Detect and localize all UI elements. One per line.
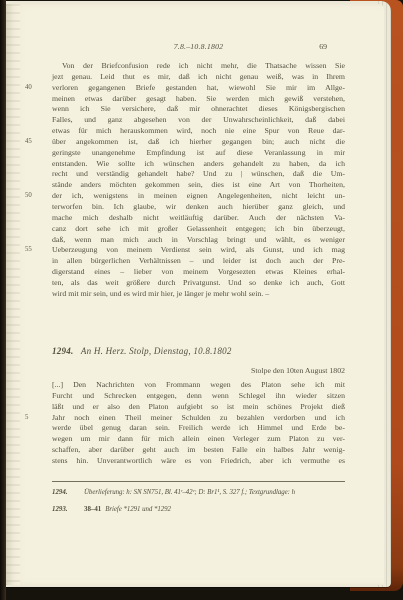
book-photograph: 7.8.–10.8.1802 69 Von der Briefconfusion… <box>0 0 403 600</box>
text-line: in allen bürgerlichen Verhältnissen – un… <box>52 256 345 267</box>
margin-line-number: 40 <box>25 83 46 94</box>
line-text: in allen bürgerlichen Verhältnissen – un… <box>52 256 345 265</box>
text-line: mache mich deshalb nicht weitläuftig dar… <box>52 213 345 224</box>
line-text: der ich, wenigstens in meinen eignen Ang… <box>52 191 345 200</box>
text-line: recht und verständig gehandelt habe? Und… <box>52 169 345 180</box>
line-text: terworfen bin. Ich glaube, wir denken au… <box>52 202 345 211</box>
footnote-text: Briefe *1291 und *1292 <box>105 505 171 515</box>
footnote-text: Überlieferung: h: SN SN751, Bl. 41ʳ–42ᵛ;… <box>84 488 295 498</box>
letter-title: An H. Herz. Stolp, Dienstag, 10.8.1802 <box>81 346 232 356</box>
line-text: recht und verständig gehandelt habe? Und… <box>52 169 345 178</box>
text-line: werde übel genug daran sein. Freilich we… <box>52 423 345 434</box>
text-line: stens hin. Unverantwortlich wäre es von … <box>52 456 345 467</box>
text-line: jezt genau. Leid thut es mir, daß ich ni… <box>52 72 345 83</box>
line-text: wegen um mir dann für mich allein einen … <box>52 434 345 443</box>
line-text: wenn ich Sie versichere, daß mir ohnerac… <box>52 104 345 113</box>
line-text: Von der Briefconfusion rede ich nicht me… <box>52 61 345 70</box>
line-text: schaffen, aber darüber geht auch im best… <box>52 445 345 454</box>
footnote-row: 1293. 38–41 Briefe *1291 und *1292 <box>52 505 345 515</box>
text-line: 5 Jahr noch einen Theil meiner Schulden … <box>52 413 345 424</box>
margin-line-number: 5 <box>25 413 46 424</box>
letter-1294-body: [...] Den Nachrichten von Frommann wegen… <box>52 380 345 467</box>
line-text: Ueberzeugung von meinem Verdienst sein w… <box>52 245 345 254</box>
text-line: wird mit mir sein, und es wird mir hier,… <box>52 289 345 300</box>
text-line: digerstand eines – lieber von meinem Vor… <box>52 267 345 278</box>
letter-dateline: Stolpe den 10ten August 1802 <box>52 366 345 377</box>
text-column: 7.8.–10.8.1802 69 Von der Briefconfusion… <box>52 0 345 600</box>
line-text: entstanden. Wie sollte ich wünschen ande… <box>52 159 345 168</box>
text-line: Von der Briefconfusion rede ich nicht me… <box>52 61 345 72</box>
text-line: etwas für mich herauskommen wird, noch n… <box>52 126 345 137</box>
text-line: wegen um mir dann für mich allein einen … <box>52 434 345 445</box>
margin-line-number: 55 <box>25 245 46 256</box>
text-line: ten, als das weit größere durch Privatgu… <box>52 278 345 289</box>
line-text: [...] Den Nachrichten von Frommann wegen… <box>52 380 345 389</box>
text-line: daß, wenn man mich auch in Vorschlag bri… <box>52 235 345 246</box>
letter-heading: 1294. An H. Herz. Stolp, Dienstag, 10.8.… <box>52 346 345 357</box>
footnote-row: 1294. Überlieferung: h: SN SN751, Bl. 41… <box>52 488 345 498</box>
line-text: stens hin. Unverantwortlich wäre es von … <box>52 456 345 465</box>
text-line: läßt und er also den Platon aufgiebt so … <box>52 402 345 413</box>
footnote-lemma: 38–41 <box>84 505 101 515</box>
letter-number: 1294. <box>52 346 74 356</box>
line-text: werde übel genug daran sein. Freilich we… <box>52 423 345 432</box>
line-text: etwas für mich herauskommen wird, noch n… <box>52 126 345 135</box>
line-text: geringste unangenehme Empfindung ist auf… <box>52 148 345 157</box>
line-text: wird mit mir sein, und es wird mir hier,… <box>52 289 269 298</box>
text-line: terworfen bin. Ich glaube, wir denken au… <box>52 202 345 213</box>
letter-1293-body: Von der Briefconfusion rede ich nicht me… <box>52 61 345 300</box>
line-text: Jahr noch einen Theil meiner Schulden zu… <box>52 413 345 422</box>
footnote-label: 1293. <box>52 505 84 515</box>
text-line: canz dort sehe ich mit großer Gelassenhe… <box>52 224 345 235</box>
text-line: schaffen, aber darüber geht auch im best… <box>52 445 345 456</box>
margin-line-number: 50 <box>25 191 46 202</box>
line-text: ten, als das weit größere durch Privatgu… <box>52 278 345 287</box>
text-line: entstanden. Wie sollte ich wünschen ande… <box>52 159 345 170</box>
text-line: 55 Ueberzeugung von meinem Verdienst sei… <box>52 245 345 256</box>
line-text: jezt genau. Leid thut es mir, daß ich ni… <box>52 72 345 81</box>
line-text: canz dort sehe ich mit großer Gelassenhe… <box>52 224 345 233</box>
text-line: 40 verloren gegangenen Briefe gestanden … <box>52 83 345 94</box>
text-line: [...] Den Nachrichten von Frommann wegen… <box>52 380 345 391</box>
text-line: stände anders möchten gekommen sein, die… <box>52 180 345 191</box>
line-text: meinen etwas darüber gesagt haben. Sie w… <box>52 94 345 103</box>
line-text: Falles, und ganz abgesehen von der Unwah… <box>52 115 345 124</box>
footnotes: 1294. Überlieferung: h: SN SN751, Bl. 41… <box>52 488 345 521</box>
line-text: verloren gegangenen Briefe gestanden hat… <box>52 83 345 92</box>
line-text: läßt und er also den Platon aufgiebt so … <box>52 402 345 411</box>
text-line: Falles, und ganz abgesehen von der Unwah… <box>52 115 345 126</box>
header-date-range: 7.8.–10.8.1802 <box>52 42 345 53</box>
margin-line-number: 45 <box>25 137 46 148</box>
line-text: über angekommen ist, daß ich hierher geg… <box>52 137 345 146</box>
running-header: 7.8.–10.8.1802 69 <box>52 42 345 54</box>
gutter-shadow <box>6 4 20 585</box>
text-line: 45 über angekommen ist, daß ich hierher … <box>52 137 345 148</box>
line-text: stände anders möchten gekommen sein, die… <box>52 180 345 189</box>
book-spine-edge <box>0 0 6 600</box>
line-text: Furcht und Schrecken entgegen, denn wenn… <box>52 391 345 400</box>
text-line: Furcht und Schrecken entgegen, denn wenn… <box>52 391 345 402</box>
line-text: daß, wenn man mich auch in Vorschlag bri… <box>52 235 345 244</box>
text-line: 50 der ich, wenigstens in meinen eignen … <box>52 191 345 202</box>
text-line: geringste unangenehme Empfindung ist auf… <box>52 148 345 159</box>
line-text: mache mich deshalb nicht weitläuftig dar… <box>52 213 345 222</box>
text-line: wenn ich Sie versichere, daß mir ohnerac… <box>52 104 345 115</box>
footnote-label: 1294. <box>52 488 84 498</box>
page-number: 69 <box>319 42 327 53</box>
footnote-separator-rule <box>52 481 345 482</box>
text-line: meinen etwas darüber gesagt haben. Sie w… <box>52 94 345 105</box>
line-text: digerstand eines – lieber von meinem Vor… <box>52 267 345 276</box>
